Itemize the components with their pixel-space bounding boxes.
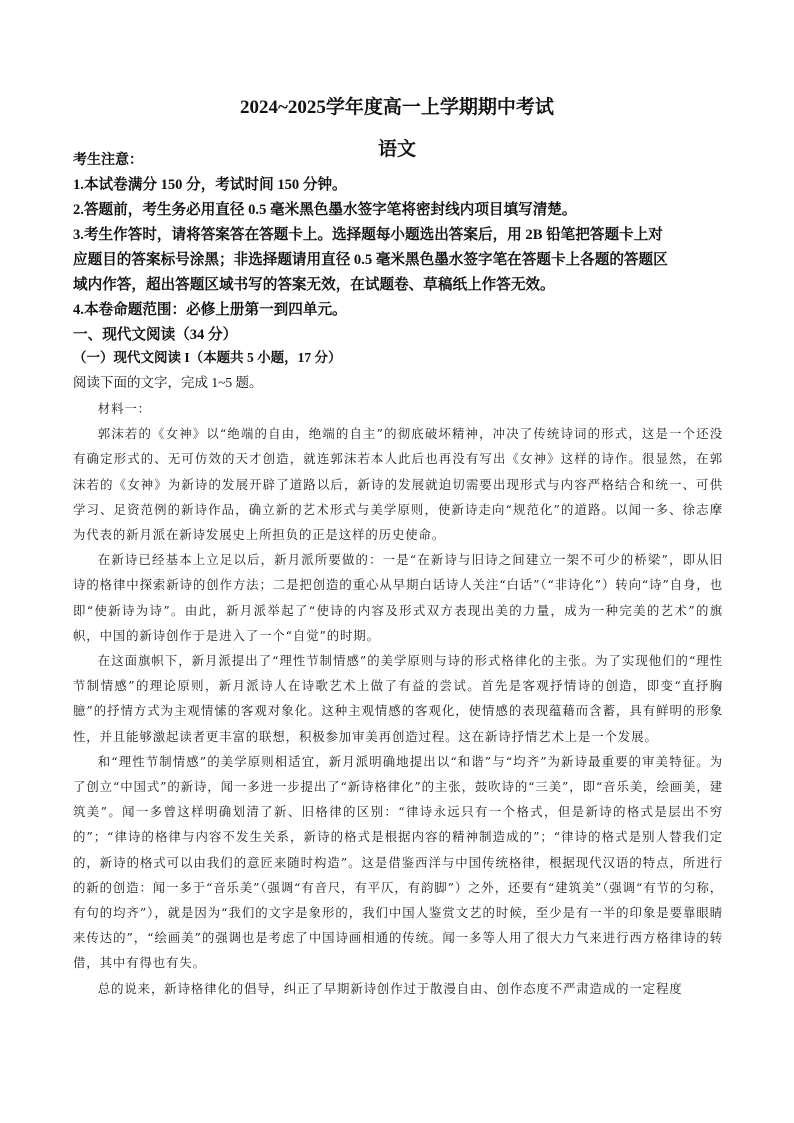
notice-item-1: 1.本试卷满分 150 分，考试时间 150 分钟。 (73, 173, 733, 198)
paragraph-3: 在这面旗帜下，新月派提出了“理性节制情感”的美学原则与诗的形式格律化的主张。为了… (73, 648, 723, 749)
subsection-heading: （一）现代文阅读 I（本题共 5 小题，17 分） (73, 346, 342, 366)
paragraph-1: 郭沫若的《女神》以“绝端的自由，绝端的自主”的彻底破坏精神，冲决了传统诗词的形式… (73, 421, 723, 547)
notice-block: 考生注意： 1.本试卷满分 150 分，考试时间 150 分钟。 2.答题前，考… (73, 148, 733, 348)
material-label: 材料一： (73, 396, 723, 421)
section-heading: 一、现代文阅读（34 分） (73, 323, 733, 348)
reading-instruction: 阅读下面的文字，完成 1~5 题。 (73, 371, 263, 391)
paragraph-5: 总的说来，新诗格律化的倡导，纠正了早期新诗创作过于散漫自由、创作态度不严肃造成的… (73, 976, 723, 1001)
reading-passage: 材料一： 郭沫若的《女神》以“绝端的自由，绝端的自主”的彻底破坏精神，冲决了传统… (73, 396, 723, 1001)
exam-title: 2024~2025学年度高一上学期期中考试 (0, 96, 794, 120)
paragraph-2: 在新诗已经基本上立足以后，新月派所要做的：一是“在新诗与旧诗之间建立一架不可少的… (73, 547, 723, 648)
paragraph-4: 和“理性节制情感”的美学原则相适宜，新月派明确地提出以“和谐”与“均齐”为新诗最… (73, 749, 723, 976)
notice-item-3-cont2: 域内作答，超出答题区域书写的答案无效，在试题卷、草稿纸上作答无效。 (73, 273, 733, 298)
exam-page: 2024~2025学年度高一上学期期中考试 语文 考生注意： 1.本试卷满分 1… (0, 0, 794, 1123)
notice-item-4: 4.本卷命题范围：必修上册第一到四单元。 (73, 298, 733, 323)
notice-item-3-cont: 应题目的答案标号涂黑；非选择题请用直径 0.5 毫米黑色墨水签字笔在答题卡上各题… (73, 248, 733, 273)
notice-item-2: 2.答题前，考生务必用直径 0.5 毫米黑色墨水签字笔将密封线内项目填写清楚。 (73, 198, 733, 223)
notice-heading: 考生注意： (73, 148, 733, 173)
notice-item-3: 3.考生作答时，请将答案答在答题卡上。选择题每小题选出答案后，用 2B 铅笔把答… (73, 223, 733, 248)
